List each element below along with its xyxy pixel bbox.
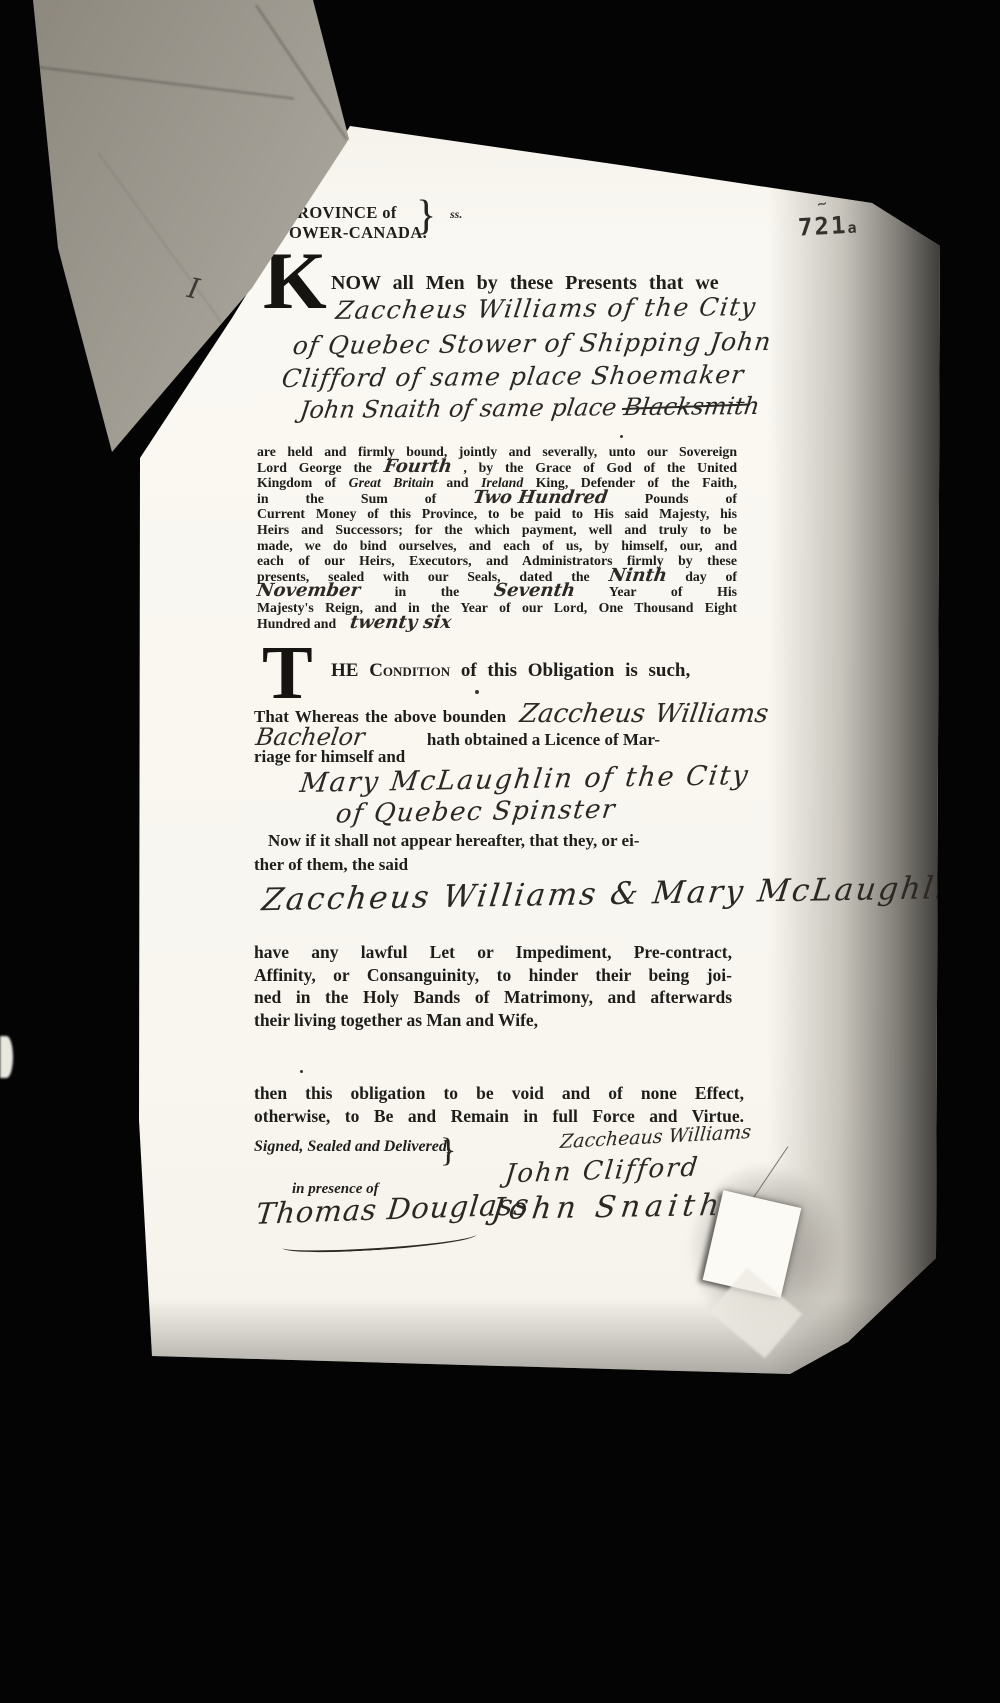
- bond-line-4-text-b: Pounds of: [645, 491, 737, 506]
- condition-heading-he: HE: [331, 660, 358, 681]
- province-heading-line1: ROVINCE of: [297, 203, 397, 223]
- great-britain-italic: Great Britain: [349, 475, 434, 490]
- bond-line-3-text-b: and: [446, 475, 468, 490]
- obligors-handwritten-line4: John Snaith of same place Blacksmith: [298, 392, 761, 424]
- jurat-mark: ss.: [450, 207, 462, 222]
- now-line-1: Now if it shall not appear hereafter, th…: [268, 831, 639, 851]
- year-handwritten: twenty six: [349, 617, 452, 630]
- microfilm-scan: 721a ~ ROVINCE of OWER-CANADA. } ss. K N…: [0, 0, 1000, 1703]
- bond-line-6: Heirs and Successors; for the which paym…: [257, 522, 737, 538]
- fold-crease-line: [4, 62, 294, 100]
- impediment-line-2: Affinity, or Consanguinity, to hinder th…: [254, 964, 732, 987]
- impediment-line-1: have any lawful Let or Impediment, Pre-c…: [254, 941, 732, 964]
- fold-crease-line: [98, 152, 225, 327]
- impediment-line-4: their living together as Man and Wife,: [254, 1009, 732, 1032]
- condition-heading-rest: of this Obligation is such,: [461, 660, 690, 681]
- condition-heading-smallcaps: Condition: [369, 660, 450, 681]
- witness-signature-flourish: [282, 1227, 478, 1255]
- obligors-handwritten-line1: Zaccheus Williams of the City: [334, 292, 758, 325]
- bond-line-12: Hundred and twenty six: [257, 616, 737, 632]
- opening-heading: NOW all Men by these Presents that we: [331, 272, 719, 295]
- licence-text: hath obtained a Licence of Mar-: [427, 730, 660, 749]
- closing-paragraph: then this obligation to be void and of n…: [254, 1082, 744, 1128]
- closing-line-1: then this obligation to be void and of n…: [254, 1082, 744, 1105]
- bond-paragraph: are held and firmly bound, jointly and s…: [257, 444, 737, 631]
- dropcap-t: T: [262, 642, 313, 704]
- bride-name-handwritten-line1: Mary McLaughlin of the City: [298, 760, 751, 799]
- bond-line-2-text-a: Lord George the: [257, 460, 372, 475]
- bond-line-2: Lord George the Fourth , by the Grace of…: [257, 460, 737, 476]
- bond-line-3-text-a: Kingdom of: [257, 475, 336, 490]
- dust-speck: [475, 690, 479, 694]
- impediment-paragraph: have any lawful Let or Impediment, Pre-c…: [254, 941, 732, 1031]
- bond-line-9-text-b: day of: [685, 569, 737, 584]
- dust-speck: [620, 435, 623, 438]
- fold-crease-line: [255, 4, 347, 139]
- regnal-year-handwritten: Seventh: [493, 585, 576, 598]
- bond-line-12-text-a: Hundred and: [257, 616, 336, 631]
- film-edge-artifact: [0, 1036, 13, 1078]
- bond-line-10-text-b: Year of His: [609, 584, 737, 599]
- condition-heading: HE Condition of this Obligation is such,: [331, 660, 690, 682]
- province-brace: }: [416, 192, 436, 240]
- regnal-name-handwritten: Fourth: [383, 461, 453, 474]
- archive-stamp: 721a: [797, 210, 859, 241]
- signature-obligor2: John Clifford: [503, 1153, 700, 1190]
- signature-brace: }: [440, 1132, 456, 1170]
- bond-line-4-text-a: in the Sum of: [257, 491, 436, 506]
- bride-name-handwritten-line2: of Quebec Spinster: [334, 795, 618, 830]
- signed-sealed-label: Signed, Sealed and Delivered,: [254, 1138, 451, 1156]
- bond-line-11: Majesty's Reign, and in the Year of our …: [257, 600, 737, 616]
- bond-line-5: Current Money of this Province, to be pa…: [257, 506, 737, 522]
- bond-line-10: November in the Seventh Year of His: [257, 584, 737, 600]
- bond-line-2-text-b: , by the Grace of God of the United: [463, 460, 737, 475]
- obligors-handwritten-line3: Clifford of same place Shoemaker: [280, 360, 746, 393]
- bond-line-10-text-a: in the: [395, 584, 460, 599]
- bond-line-4: in the Sum of Two Hundred Pounds of: [257, 491, 737, 507]
- sum-handwritten: Two Hundred: [472, 492, 608, 505]
- stamp-suffix: a: [847, 218, 859, 237]
- dropcap-k: K: [263, 247, 327, 314]
- dust-speck: [300, 1070, 303, 1073]
- bond-line-7: made, we do bind ourselves, and each of …: [257, 538, 737, 554]
- month-handwritten: November: [256, 585, 361, 598]
- stamp-number: 721: [797, 211, 848, 242]
- whereas-line-3: riage for himself and: [254, 747, 405, 767]
- impediment-line-3: ned in the Holy Bands of Matrimony, and …: [254, 986, 732, 1009]
- day-handwritten: Ninth: [608, 570, 668, 583]
- obligors-handwritten-line2: of Quebec Stower of Shipping John: [291, 327, 773, 360]
- now-line-2: ther of them, the said: [254, 855, 408, 875]
- bond-line-1: are held and firmly bound, jointly and s…: [257, 444, 737, 460]
